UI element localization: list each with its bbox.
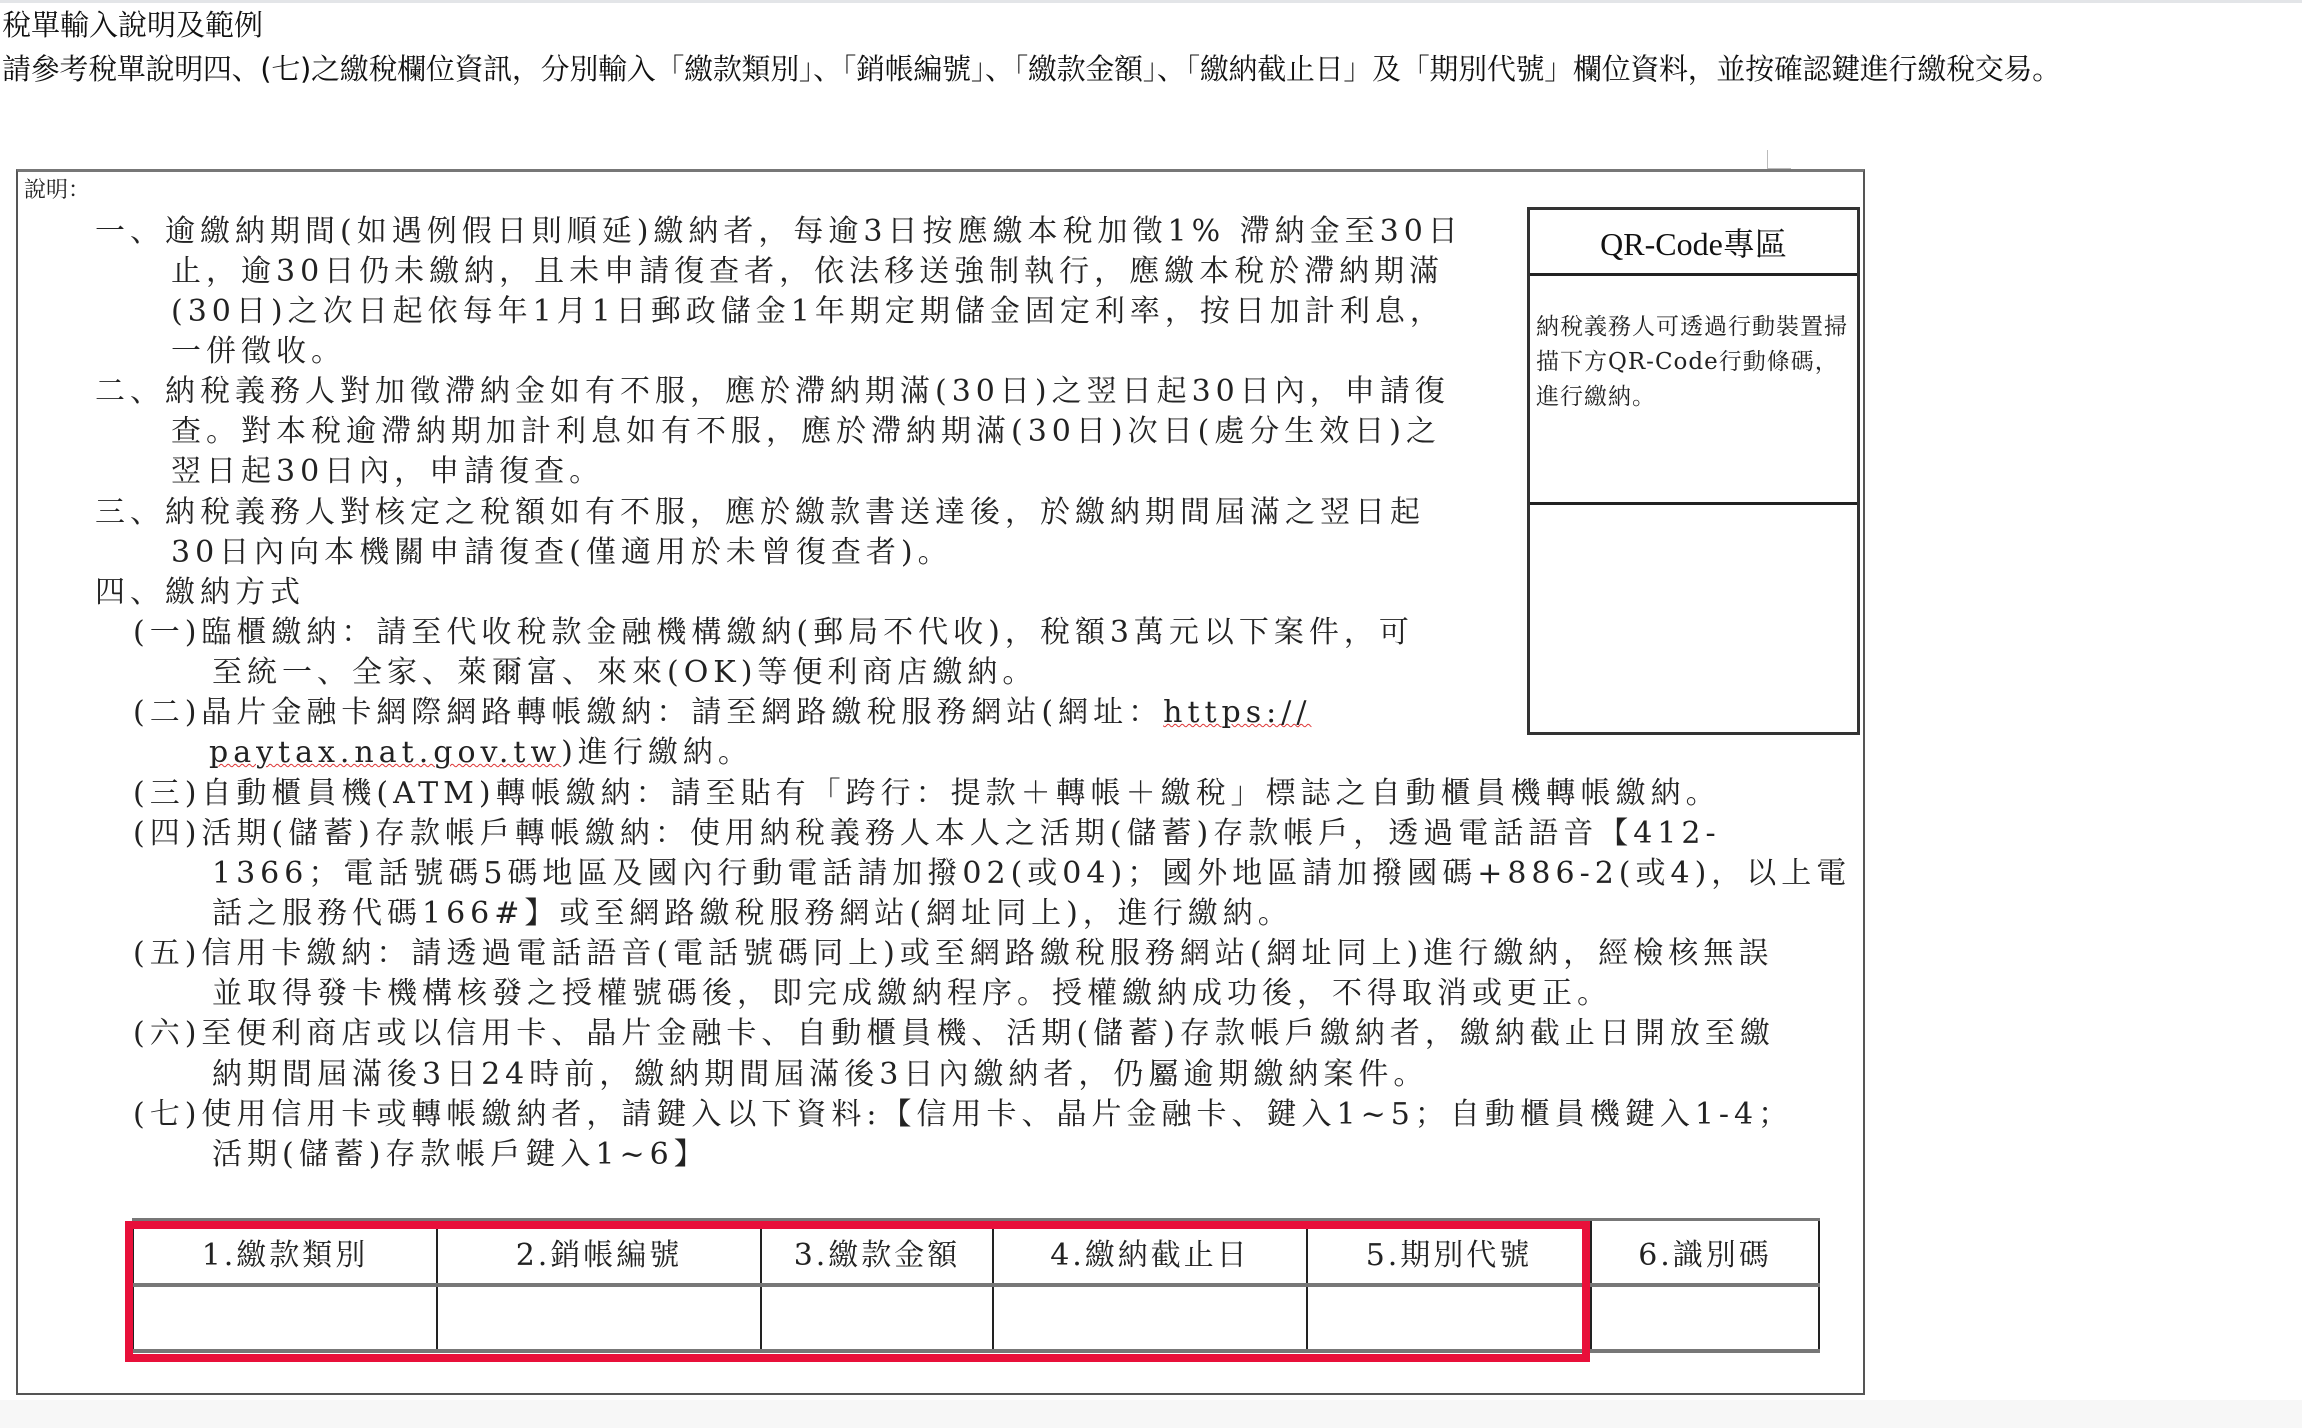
notes-line: (五)信用卡繳納：請透過電話語音(電話號碼同上)或至網路繳稅服務網站(網址同上)… [133, 934, 1773, 974]
table-cell [133, 1285, 437, 1351]
table-cell [437, 1285, 761, 1351]
notes-line: 一併徵收。 [171, 332, 346, 372]
notes-line: (六)至便利商店或以信用卡、晶片金融卡、自動櫃員機、活期(儲蓄)存款帳戶繳納者，… [133, 1014, 1775, 1054]
notes-line: 查。對本稅逾滯納期加計利息如有不服，應於滯納期滿(30日)次日(處分生效日)之 [171, 412, 1441, 452]
notes-line: 納期間屆滿後3日24時前，繳納期間屆滿後3日內繳納者，仍屬逾期繳納案件。 [212, 1055, 1428, 1095]
top-strip [0, 0, 2302, 3]
table-row [133, 1285, 1819, 1351]
table-cell [1591, 1285, 1819, 1351]
notes-line: 三、納稅義務人對核定之稅額如有不服，應於繳款書送達後，於繳納期間屆滿之翌日起 [95, 493, 1425, 533]
notes-line: (四)活期(儲蓄)存款帳戶轉帳繳納：使用納稅義務人本人之活期(儲蓄)存款帳戶，透… [133, 814, 1721, 854]
qr-section-title: QR-Code專區 [1530, 210, 1857, 276]
qr-code-section: QR-Code專區 納稅義務人可透過行動裝置掃描下方QR-Code行動條碼，進行… [1527, 207, 1860, 735]
payment-fields-table: 1.繳款類別2.銷帳編號3.繳款金額4.繳納截止日5.期別代號6.識別碼 [132, 1218, 1820, 1353]
page-corner-mark [1767, 150, 1768, 169]
url-text: https:// [1163, 695, 1311, 730]
notes-line: paytax.nat.gov.tw)進行繳納。 [209, 733, 753, 773]
notes-line: 翌日起30日內，申請復查。 [171, 452, 604, 492]
notes-label: 說明： [24, 176, 90, 206]
notes-line: (一)臨櫃繳納：請至代收稅款金融機構繳納(郵局不代收)，稅額3萬元以下案件，可 [133, 613, 1414, 653]
notes-line: 30日內向本機關申請復查(僅適用於未曾復查者)。 [171, 533, 953, 573]
bottom-strip [0, 1400, 2302, 1428]
column-header: 3.繳款金額 [761, 1220, 993, 1286]
notes-line: 活期(儲蓄)存款帳戶鍵入1~6】 [212, 1135, 709, 1175]
notes-line: (三)自動櫃員機(ATM)轉帳繳納：請至貼有「跨行：提款＋轉帳＋繳稅」標誌之自動… [133, 774, 1721, 814]
notes-line: 1366；電話號碼5碼地區及國內行動電話請加撥02(或04)；國外地區請加撥國碼… [212, 854, 1851, 894]
column-header: 2.銷帳編號 [437, 1220, 761, 1286]
notes-line: 至統一、全家、萊爾富、來來(OK)等便利商店繳納。 [212, 653, 1037, 693]
table-cell [761, 1285, 993, 1351]
notes-line: (30日)之次日起依每年1月1日郵政儲金1年期定期儲金固定利率，按日加計利息， [171, 292, 1445, 332]
column-header: 4.繳納截止日 [993, 1220, 1307, 1286]
table-cell [993, 1285, 1307, 1351]
notes-line: (二)晶片金融卡網際網路轉帳繳納：請至網路繳稅服務網站(網址：https:// [133, 693, 1311, 733]
notes-line: 二、納稅義務人對加徵滯納金如有不服，應於滯納期滿(30日)之翌日起30日內，申請… [95, 372, 1450, 412]
column-header: 1.繳款類別 [133, 1220, 437, 1286]
notes-line: 一、逾繳納期間(如遇例假日則順延)繳納者，每逾3日按應繳本稅加徵1% 滯納金至3… [95, 212, 1463, 252]
column-header: 6.識別碼 [1591, 1220, 1819, 1286]
table-header-row: 1.繳款類別2.銷帳編號3.繳款金額4.繳納截止日5.期別代號6.識別碼 [133, 1220, 1819, 1286]
notes-line: (七)使用信用卡或轉帳繳納者，請鍵入以下資料:【信用卡、晶片金融卡、鍵入1~5；… [133, 1095, 1793, 1135]
notes-line: 話之服務代碼166#】或至網路繳稅服務網站(網址同上)，進行繳納。 [212, 894, 1293, 934]
notes-line: 並取得發卡機構核發之授權號碼後，即完成繳納程序。授權繳納成功後，不得取消或更正。 [212, 974, 1612, 1014]
page-title: 稅單輸入說明及範例 [2, 6, 263, 44]
notes-line: 四、繳納方式 [95, 573, 305, 613]
url-text: paytax.nat.gov.tw [209, 735, 561, 770]
notes-line: 止，逾30日仍未繳納，且未申請復查者，依法移送強制執行，應繳本稅於滯納期滿 [171, 252, 1444, 292]
qr-section-description: 納稅義務人可透過行動裝置掃描下方QR-Code行動條碼，進行繳納。 [1536, 310, 1854, 415]
table-cell [1307, 1285, 1591, 1351]
qr-code-placeholder [1530, 505, 1857, 732]
page-instructions: 請參考稅單說明四、(七)之繳稅欄位資訊，分別輸入「繳款類別」、「銷帳編號」、「繳… [2, 50, 2061, 88]
column-header: 5.期別代號 [1307, 1220, 1591, 1286]
